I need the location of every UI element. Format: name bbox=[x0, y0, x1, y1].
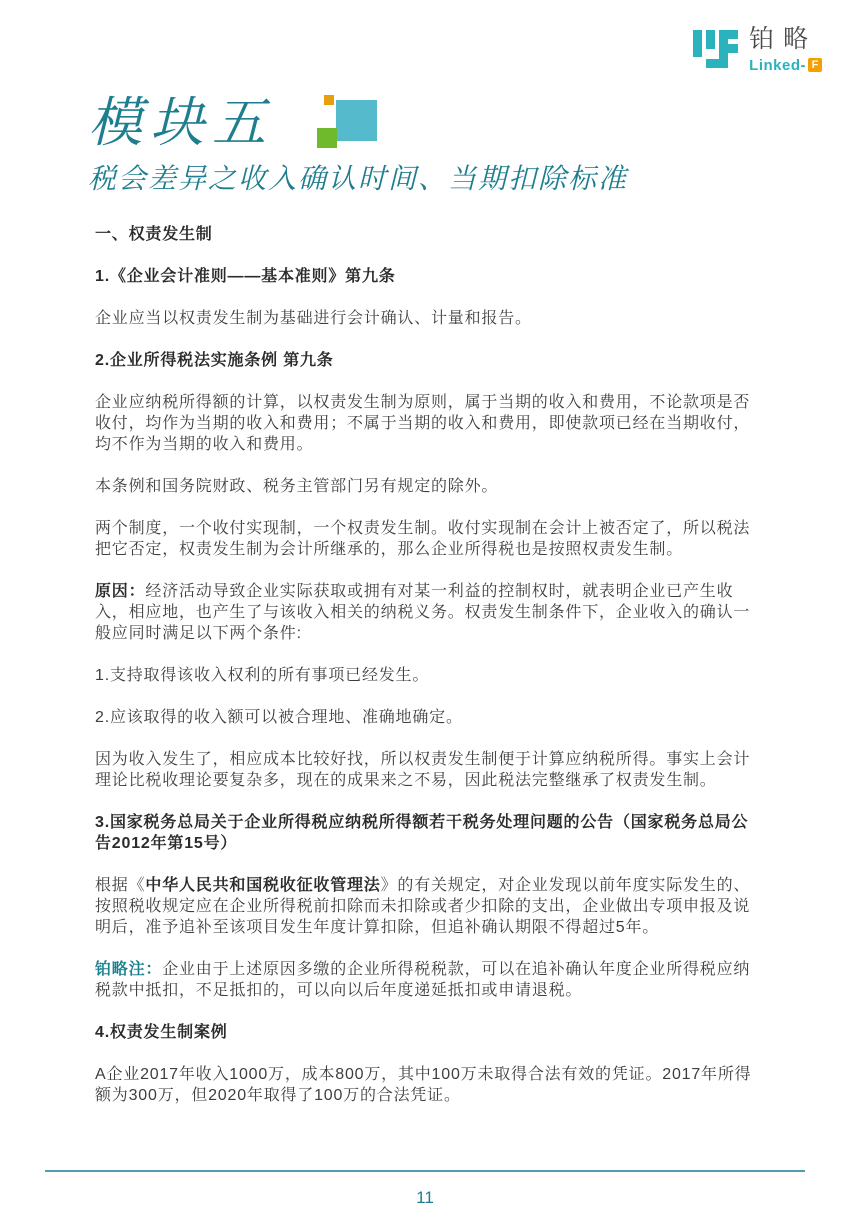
content-blocks: 一、权责发生制1.《企业会计准则——基本准则》第九条企业应当以权责发生制为基础进… bbox=[95, 224, 757, 1127]
text-segment: 中华人民共和国税收征收管理法 bbox=[145, 877, 380, 894]
text-segment: 铂略注： bbox=[95, 961, 162, 978]
document-page: 铂略 Linked- F 模块五 税会差异之收入确认时间、当期扣除标准 一、权责… bbox=[0, 0, 850, 1228]
text-segment: 1.《企业会计准则——基本准则》第九条 bbox=[95, 268, 396, 285]
text-segment: 根据《 bbox=[95, 877, 145, 894]
paragraph: 因为收入发生了，相应成本比较好找，所以权责发生制便于计算应纳税所得。事实上会计理… bbox=[95, 749, 757, 791]
paragraph: 根据《中华人民共和国税收征收管理法》的有关规定，对企业发现以前年度实际发生的、按… bbox=[95, 875, 757, 938]
text-segment: 两个制度，一个收付实现制，一个权责发生制。收付实现制在会计上被否定了，所以税法把… bbox=[95, 520, 750, 558]
text-segment: 经济活动导致企业实际获取或拥有对某一利益的控制权时，就表明企业已产生收入，相应地… bbox=[95, 583, 750, 642]
text-segment: 因为收入发生了，相应成本比较好找，所以权责发生制便于计算应纳税所得。事实上会计理… bbox=[95, 751, 750, 789]
paragraph: A企业2017年收入1000万，成本800万，其中100万未取得合法有效的凭证。… bbox=[95, 1064, 757, 1106]
footer-divider bbox=[45, 1170, 805, 1172]
paragraph: 企业应纳税所得额的计算，以权责发生制为原则，属于当期的收入和费用，不论款项是否收… bbox=[95, 392, 757, 455]
paragraph: 铂略注：企业由于上述原因多缴的企业所得税税款，可以在追补确认年度企业所得税应纳税… bbox=[95, 959, 757, 1001]
section-heading: 一、权责发生制 bbox=[95, 224, 757, 245]
section-heading: 2.企业所得税法实施条例 第九条 bbox=[95, 350, 757, 371]
section-heading: 1.《企业会计准则——基本准则》第九条 bbox=[95, 266, 757, 287]
text-segment: 原因： bbox=[95, 583, 145, 600]
module-title: 模块五 bbox=[88, 92, 688, 154]
text-segment: 一、权责发生制 bbox=[95, 226, 213, 243]
paragraph: 原因：经济活动导致企业实际获取或拥有对某一利益的控制权时，就表明企业已产生收入，… bbox=[95, 581, 757, 644]
section-heading: 3.国家税务总局关于企业所得税应纳税所得额若干税务处理问题的公告（国家税务总局公… bbox=[95, 812, 757, 854]
page-subtitle: 税会差异之收入确认时间、当期扣除标准 bbox=[88, 162, 688, 198]
brand-logo-text: 铂略 Linked- F bbox=[749, 26, 822, 74]
text-segment: A企业2017年收入1000万，成本800万，其中100万未取得合法有效的凭证。… bbox=[95, 1066, 751, 1104]
paragraph: 两个制度，一个收付实现制，一个权责发生制。收付实现制在会计上被否定了，所以税法把… bbox=[95, 518, 757, 560]
text-segment: 1.支持取得该收入权利的所有事项已经发生。 bbox=[95, 667, 429, 684]
text-segment: 企业由于上述原因多缴的企业所得税税款，可以在追补确认年度企业所得税应纳税款中抵扣… bbox=[95, 961, 750, 999]
paragraph: 企业应当以权责发生制为基础进行会计确认、计量和报告。 bbox=[95, 308, 757, 329]
brand-name-chinese: 铂略 bbox=[749, 26, 822, 54]
paragraph: 2.应该取得的收入额可以被合理地、准确地确定。 bbox=[95, 707, 757, 728]
linked-f-logo-icon bbox=[691, 26, 739, 70]
brand-logo: 铂略 Linked- F bbox=[691, 26, 822, 74]
brand-f-badge: F bbox=[808, 58, 822, 72]
paragraph: 本条例和国务院财政、税务主管部门另有规定的除外。 bbox=[95, 476, 757, 497]
paragraph: 1.支持取得该收入权利的所有事项已经发生。 bbox=[95, 665, 757, 686]
text-segment: 3.国家税务总局关于企业所得税应纳税所得额若干税务处理问题的公告（国家税务总局公… bbox=[95, 814, 748, 852]
text-segment: 2.企业所得税法实施条例 第九条 bbox=[95, 352, 334, 369]
text-segment: 4.权责发生制案例 bbox=[95, 1024, 228, 1041]
text-segment: 企业应当以权责发生制为基础进行会计确认、计量和报告。 bbox=[95, 310, 532, 327]
text-segment: 本条例和国务院财政、税务主管部门另有规定的除外。 bbox=[95, 478, 498, 495]
text-segment: 企业应纳税所得额的计算，以权责发生制为原则，属于当期的收入和费用，不论款项是否收… bbox=[95, 394, 750, 453]
brand-name-english: Linked- bbox=[749, 57, 806, 74]
title-block: 模块五 税会差异之收入确认时间、当期扣除标准 bbox=[88, 92, 688, 198]
page-number: 11 bbox=[0, 1188, 850, 1208]
text-segment: 2.应该取得的收入额可以被合理地、准确地确定。 bbox=[95, 709, 463, 726]
section-heading: 4.权责发生制案例 bbox=[95, 1022, 757, 1043]
